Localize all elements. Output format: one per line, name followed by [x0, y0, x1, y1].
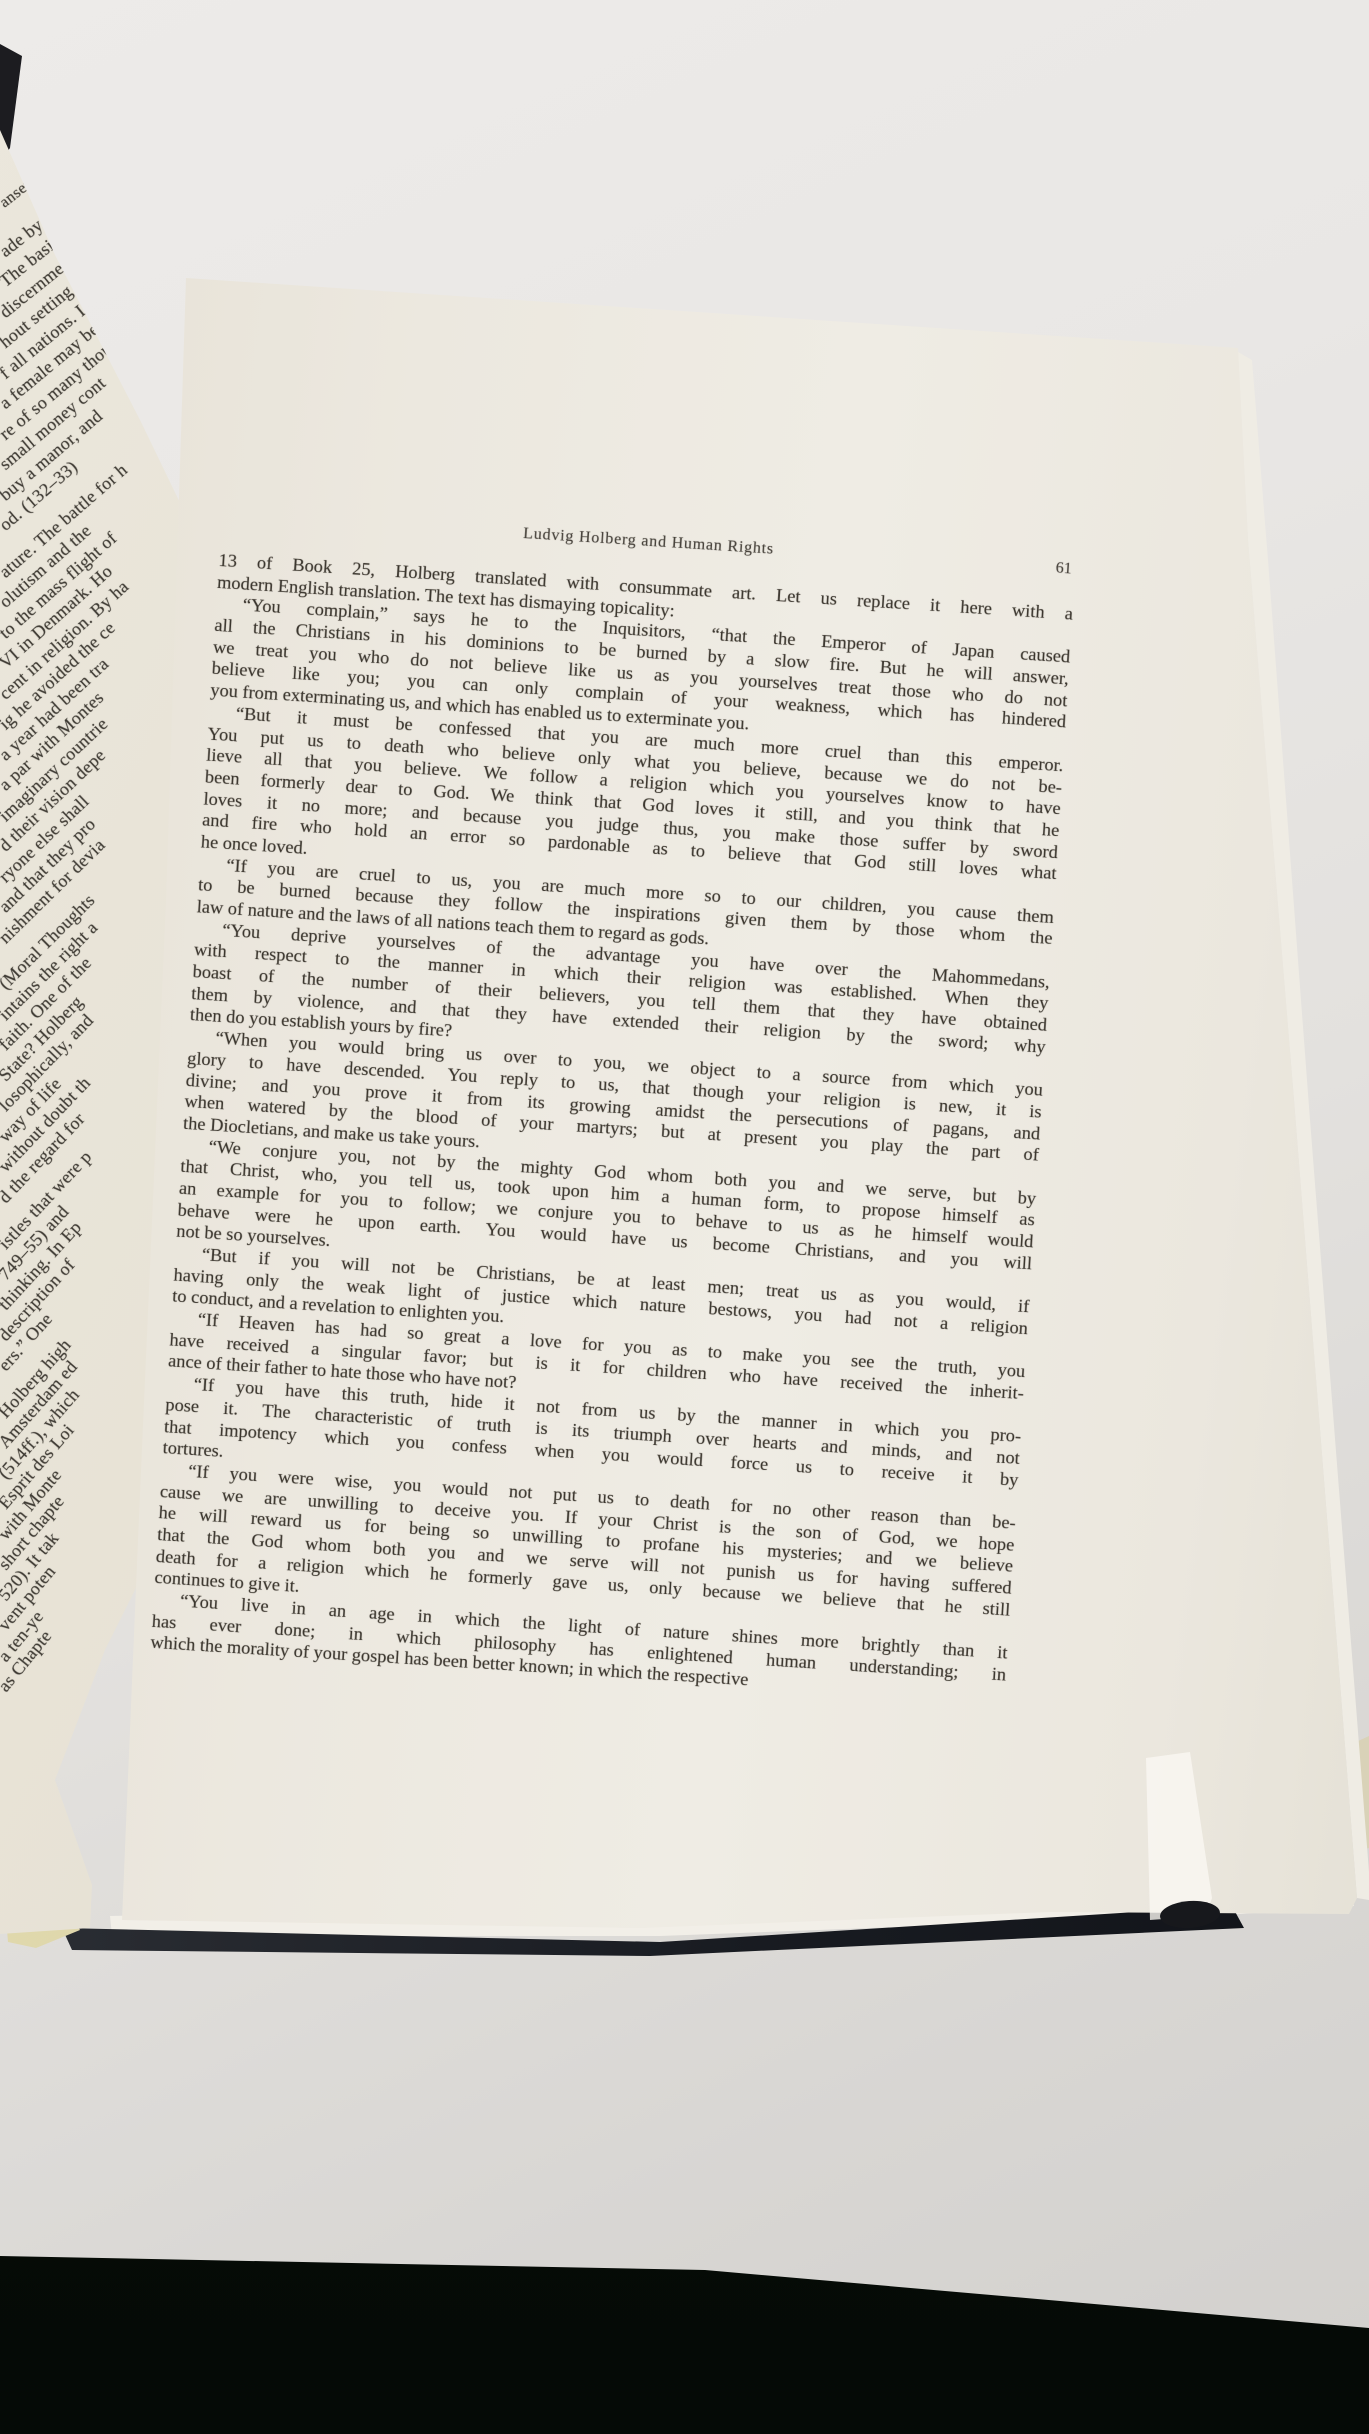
- book-photo: ansenade by females to be invaliThe basi…: [0, 0, 1369, 2434]
- right-page-text-block: Ludvig Holberg and Human Rights 61 13 of…: [150, 506, 1077, 1708]
- body-text: 13 of Book 25, Holberg translated with c…: [150, 550, 1074, 1708]
- page-number: 61: [1055, 559, 1072, 578]
